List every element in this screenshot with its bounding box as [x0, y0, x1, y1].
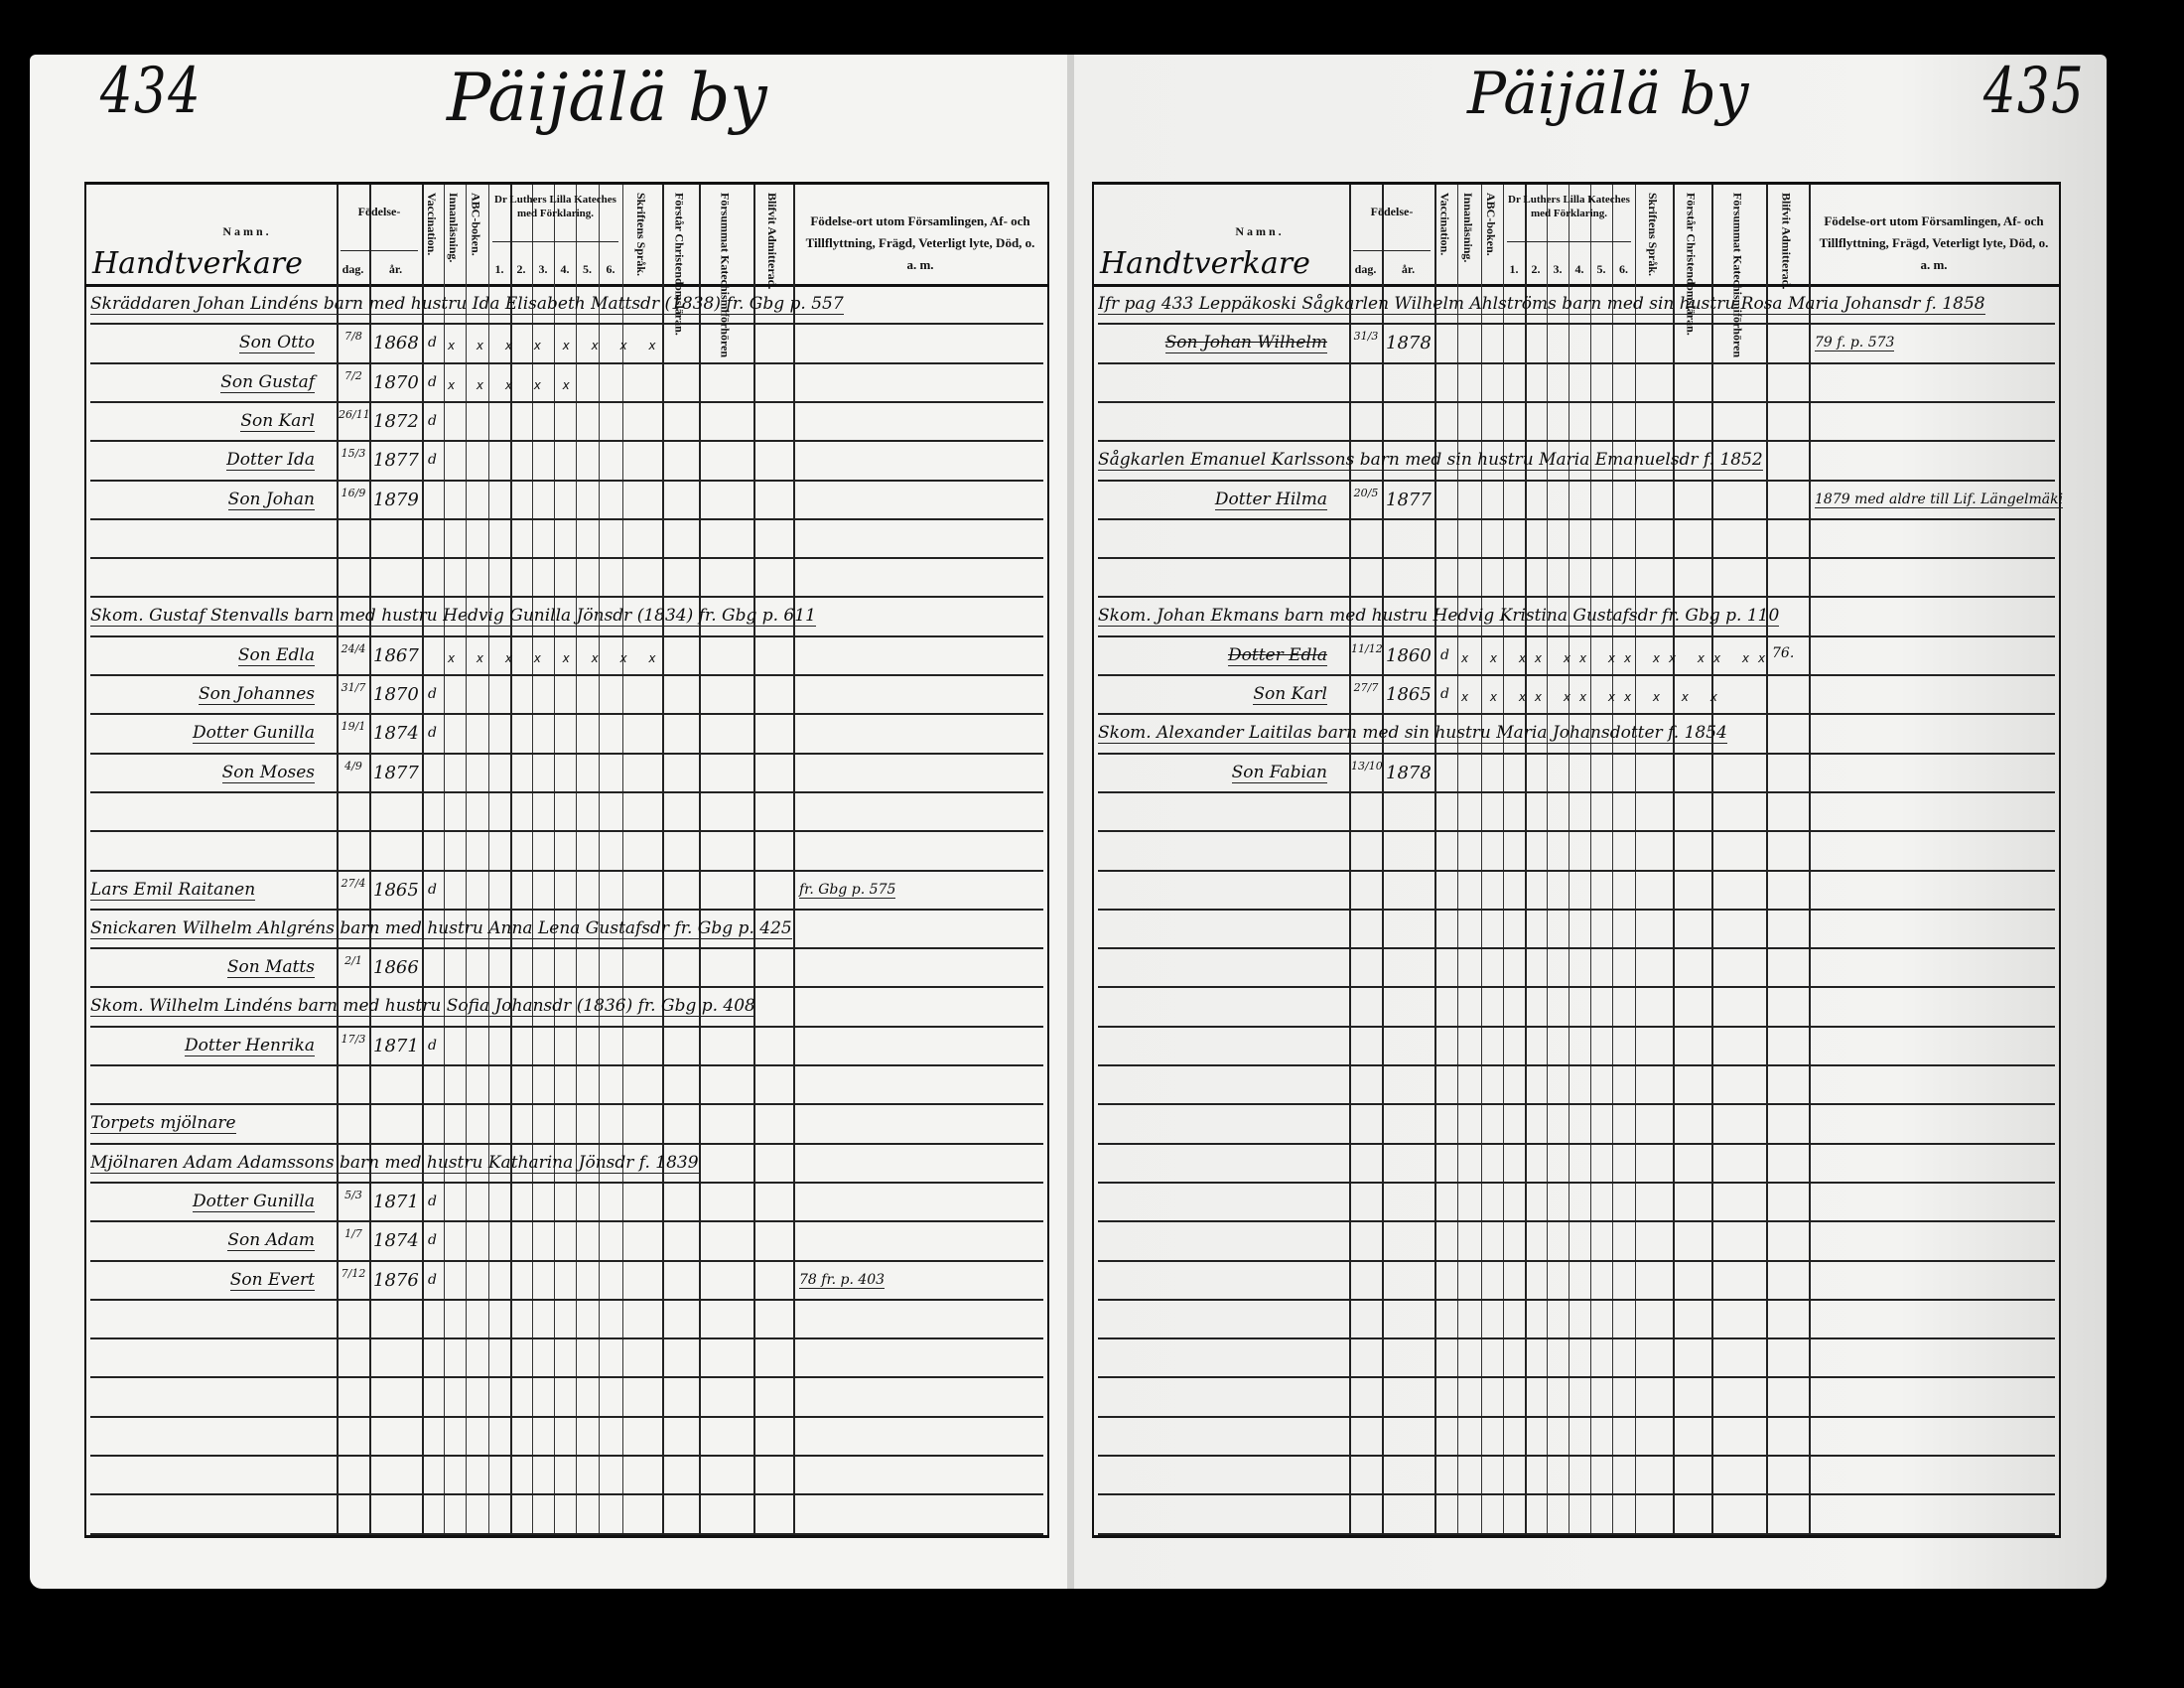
birth-year: 1866 — [373, 957, 419, 978]
birth-year: 1877 — [1386, 490, 1432, 510]
row-rule — [1098, 635, 2055, 637]
row-rule — [90, 1182, 1043, 1184]
birth-day: 4/9 — [339, 761, 368, 772]
vaccination-mark: d — [428, 1038, 437, 1054]
right-page-number: 435 — [1983, 55, 2086, 128]
household-head-entry: Torpets mjölnare — [90, 1113, 236, 1134]
row-rule — [1098, 1376, 2055, 1378]
row-rule — [90, 986, 1043, 988]
column-divider — [1809, 185, 1811, 1535]
row-rule — [90, 1337, 1043, 1339]
household-head-entry: Lars Emil Raitanen — [90, 880, 255, 901]
row-rule — [1098, 986, 2055, 988]
row-rule — [90, 870, 1043, 872]
row-rule — [1098, 674, 2055, 676]
examination-marks: x x xx xx xx xx xx xx — [1461, 651, 1774, 665]
row-rule — [1098, 1533, 2055, 1535]
birth-year: 1870 — [373, 684, 419, 705]
examination-marks: x x xx xx xx x x x — [1461, 690, 1726, 704]
examination-marks: x x x x x — [448, 378, 579, 392]
birth-year: 1871 — [373, 1192, 419, 1212]
column-divider — [1382, 185, 1384, 1535]
row-rule — [90, 791, 1043, 793]
examination-marks: x x x x x x x x — [448, 651, 665, 665]
catechism-part-header: 4. — [1569, 262, 1590, 276]
birth-year: 1860 — [1386, 645, 1432, 666]
header-bottom-rule — [86, 284, 1047, 287]
section-heading: Handtverkare — [92, 246, 303, 281]
person-name: Son Gustaf — [220, 372, 315, 393]
notes-entry: 1879 med aldre till Lif. Längelmäki — [1815, 492, 2063, 508]
innanlasning-column-header: Innanläsning. — [448, 193, 460, 262]
household-head-entry: Snickaren Wilhelm Ahlgréns barn med hust… — [90, 918, 792, 939]
abc-column-header: ABC-boken. — [1485, 193, 1497, 256]
catechism-part-header: 6. — [1612, 262, 1635, 276]
birth-day: 7/8 — [339, 331, 368, 342]
birth-column-header: Födelse- — [337, 205, 422, 218]
row-rule — [90, 1299, 1043, 1301]
vaccination-column-header: Vaccination. — [1439, 193, 1451, 255]
person-name: Son Karl — [240, 411, 315, 432]
left-page-number: 434 — [100, 55, 203, 128]
birth-day: 15/3 — [339, 448, 368, 459]
row-rule — [90, 713, 1043, 715]
row-rule — [1098, 1416, 2055, 1418]
birth-day: 16/9 — [339, 488, 368, 498]
row-rule — [1098, 1493, 2055, 1495]
birth-day-header: dag. — [1349, 262, 1382, 276]
row-rule — [1098, 480, 2055, 482]
catechism-subheader-rule — [492, 241, 618, 242]
row-rule — [1098, 557, 2055, 559]
vaccination-mark: d — [428, 335, 437, 351]
birth-year: 1874 — [373, 1230, 419, 1251]
row-rule — [1098, 830, 2055, 832]
row-rule — [1098, 1182, 2055, 1184]
birth-year: 1872 — [373, 411, 419, 432]
person-name: Dotter Hilma — [1215, 490, 1327, 510]
column-divider — [793, 185, 795, 1535]
row-rule — [90, 1260, 1043, 1262]
column-divider — [422, 185, 424, 1535]
birth-year: 1867 — [373, 645, 419, 666]
vaccination-mark: d — [428, 413, 437, 429]
right-register-table: Namn.HandtverkareFödelse-dag.år.Vaccinat… — [1092, 182, 2061, 1538]
row-rule — [1098, 323, 2055, 325]
household-head-entry: Mjölnaren Adam Adamssons barn med hustru… — [90, 1153, 699, 1174]
vaccination-mark: d — [428, 882, 437, 898]
birth-year: 1876 — [373, 1270, 419, 1291]
column-divider — [1569, 185, 1570, 1535]
row-rule — [1098, 596, 2055, 598]
column-divider — [1349, 185, 1351, 1535]
birth-day: 19/1 — [339, 721, 368, 732]
birth-year: 1865 — [1386, 684, 1432, 705]
birth-subheader-rule — [341, 250, 418, 251]
row-rule — [90, 1064, 1043, 1066]
household-head-entry: Ifr pag 433 Leppäkoski Sågkarlen Wilhelm… — [1098, 294, 1985, 315]
row-rule — [90, 1493, 1043, 1495]
row-rule — [90, 830, 1043, 832]
notes-entry: 78 fr. p. 403 — [799, 1272, 885, 1289]
row-rule — [90, 440, 1043, 442]
birth-day: 31/3 — [1351, 331, 1381, 342]
column-divider — [699, 185, 701, 1535]
person-name: Son Otto — [239, 333, 315, 353]
row-rule — [1098, 909, 2055, 911]
row-rule — [90, 1026, 1043, 1028]
column-divider — [1612, 185, 1613, 1535]
birth-year: 1865 — [373, 880, 419, 901]
name-column-header: Namn. — [188, 224, 307, 238]
catechism-part-header: 1. — [1503, 262, 1525, 276]
skriftens-column-header: Skriftens Språk. — [1647, 193, 1659, 276]
person-name: Dotter Gunilla — [193, 723, 315, 744]
row-rule — [1098, 518, 2055, 520]
column-divider — [599, 185, 600, 1535]
row-rule — [1098, 947, 2055, 949]
birth-year: 1878 — [1386, 763, 1432, 783]
notes-column-header: Födelse-ort utom Församlingen, Af- och T… — [1819, 211, 2049, 276]
vaccination-mark: d — [428, 1272, 437, 1288]
household-head-entry: Skräddaren Johan Lindéns barn med hustru… — [90, 294, 844, 315]
notes-mark: 76. — [1772, 645, 1794, 661]
person-name: Son Johan — [228, 490, 315, 510]
row-rule — [1098, 791, 2055, 793]
catechism-column-header: Dr Luthers Lilla Kateches med Förklaring… — [1503, 193, 1635, 220]
vaccination-column-header: Vaccination. — [426, 193, 438, 255]
birth-column-header: Födelse- — [1349, 205, 1434, 218]
birth-day: 5/3 — [339, 1190, 368, 1200]
row-rule — [90, 635, 1043, 637]
household-head-entry: Skom. Johan Ekmans barn med hustru Hedvi… — [1098, 606, 1779, 627]
birth-day: 11/12 — [1351, 643, 1381, 654]
column-divider — [622, 185, 623, 1535]
birth-day: 7/2 — [339, 370, 368, 381]
catechism-part-header: 2. — [510, 262, 532, 276]
birth-year: 1874 — [373, 723, 419, 744]
row-rule — [90, 909, 1043, 911]
birth-year: 1877 — [373, 450, 419, 471]
column-divider — [1434, 185, 1436, 1535]
column-divider — [1673, 185, 1675, 1535]
catechism-part-header: 2. — [1525, 262, 1547, 276]
birth-year: 1870 — [373, 372, 419, 393]
household-head-entry: Sågkarlen Emanuel Karlssons barn med sin… — [1098, 450, 1763, 471]
name-column-header: Namn. — [1200, 224, 1319, 238]
row-rule — [1098, 753, 2055, 755]
column-divider — [1635, 185, 1636, 1535]
row-rule — [1098, 362, 2055, 364]
row-rule — [90, 1103, 1043, 1105]
birth-day: 31/7 — [339, 682, 368, 693]
column-divider — [337, 185, 339, 1535]
blifvit-column-header: Blifvit Admitterad. — [1781, 193, 1793, 289]
row-rule — [90, 557, 1043, 559]
column-divider — [1525, 185, 1527, 1535]
vaccination-mark: d — [428, 725, 437, 741]
birth-year: 1877 — [373, 763, 419, 783]
birth-day: 2/1 — [339, 955, 368, 966]
row-rule — [1098, 1220, 2055, 1222]
person-name: Dotter Ida — [226, 450, 315, 471]
birth-day: 1/7 — [339, 1228, 368, 1239]
catechism-part-header: 3. — [1547, 262, 1569, 276]
vaccination-mark: d — [428, 1232, 437, 1248]
birth-year-header: år. — [1382, 262, 1434, 276]
person-name: Dotter Edla — [1228, 645, 1327, 666]
left-village-title: Päijälä by — [447, 60, 767, 136]
column-divider — [1590, 185, 1591, 1535]
household-head-entry: Skom. Gustaf Stenvalls barn med hustru H… — [90, 606, 816, 627]
vaccination-mark: d — [428, 374, 437, 390]
household-head-entry: Skom. Wilhelm Lindéns barn med hustru So… — [90, 996, 755, 1017]
column-divider — [1547, 185, 1548, 1535]
row-rule — [90, 518, 1043, 520]
column-divider — [753, 185, 755, 1535]
household-head-entry: Skom. Alexander Laitilas barn med sin hu… — [1098, 723, 1727, 744]
birth-year: 1868 — [373, 333, 419, 353]
person-name: Dotter Henrika — [185, 1036, 315, 1056]
examination-marks: x x x x x x x x — [448, 339, 665, 352]
forsummat-column-header: Försummat Katechismiförhören — [720, 193, 732, 357]
birth-year-header: år. — [369, 262, 422, 276]
notes-entry: fr. Gbg p. 575 — [799, 882, 895, 899]
row-rule — [1098, 440, 2055, 442]
birth-day: 24/4 — [339, 643, 368, 654]
right-village-title: Päijälä by — [1467, 60, 1749, 127]
column-divider — [369, 185, 371, 1535]
birth-subheader-rule — [1353, 250, 1431, 251]
notes-entry: 79 f. p. 573 — [1815, 335, 1894, 352]
row-rule — [1098, 1064, 2055, 1066]
row-rule — [90, 947, 1043, 949]
forsummat-column-header: Försummat Katechismiförhören — [1732, 193, 1744, 357]
row-rule — [90, 1455, 1043, 1457]
catechism-part-header: 6. — [599, 262, 622, 276]
row-rule — [1098, 1143, 2055, 1145]
person-name: Son Edla — [238, 645, 315, 666]
catechism-part-header: 3. — [532, 262, 554, 276]
row-rule — [1098, 713, 2055, 715]
column-divider — [1711, 185, 1713, 1535]
birth-day: 26/11 — [339, 409, 368, 420]
vaccination-mark: d — [1440, 647, 1449, 663]
vaccination-mark: d — [428, 686, 437, 702]
birth-day: 20/5 — [1351, 488, 1381, 498]
book-gutter — [1067, 55, 1074, 1589]
row-rule — [90, 674, 1043, 676]
column-divider — [1457, 185, 1458, 1535]
header-bottom-rule — [1094, 284, 2059, 287]
row-rule — [90, 401, 1043, 403]
catechism-column-header: Dr Luthers Lilla Kateches med Förklaring… — [488, 193, 622, 220]
row-rule — [1098, 1299, 2055, 1301]
row-rule — [90, 1376, 1043, 1378]
row-rule — [90, 362, 1043, 364]
left-register-table: Namn.HandtverkareFödelse-dag.år.Vaccinat… — [84, 182, 1049, 1538]
catechism-part-header: 4. — [554, 262, 576, 276]
vaccination-mark: d — [428, 452, 437, 468]
innanlasning-column-header: Innanläsning. — [1462, 193, 1474, 262]
row-rule — [90, 1416, 1043, 1418]
catechism-part-header: 1. — [488, 262, 510, 276]
birth-year: 1879 — [373, 490, 419, 510]
catechism-subheader-rule — [1507, 241, 1631, 242]
birth-year: 1871 — [373, 1036, 419, 1056]
row-rule — [1098, 401, 2055, 403]
row-rule — [90, 1220, 1043, 1222]
birth-year: 1878 — [1386, 333, 1432, 353]
person-name: Son Adam — [227, 1230, 315, 1251]
birth-day-header: dag. — [337, 262, 369, 276]
person-name: Son Johan Wilhelm — [1165, 333, 1327, 353]
row-rule — [90, 323, 1043, 325]
row-rule — [90, 1533, 1043, 1535]
notes-column-header: Födelse-ort utom Församlingen, Af- och T… — [803, 211, 1037, 276]
column-divider — [1766, 185, 1768, 1535]
catechism-part-header: 5. — [576, 262, 599, 276]
birth-day: 27/7 — [1351, 682, 1381, 693]
row-rule — [90, 1143, 1043, 1145]
vaccination-mark: d — [1440, 686, 1449, 702]
birth-day: 17/3 — [339, 1034, 368, 1045]
person-name: Son Karl — [1253, 684, 1327, 705]
row-rule — [1098, 1455, 2055, 1457]
person-name: Son Matts — [227, 957, 315, 978]
skriftens-column-header: Skriftens Språk. — [635, 193, 647, 276]
row-rule — [1098, 870, 2055, 872]
row-rule — [1098, 1260, 2055, 1262]
person-name: Dotter Gunilla — [193, 1192, 315, 1212]
row-rule — [90, 596, 1043, 598]
row-rule — [90, 480, 1043, 482]
row-rule — [90, 753, 1043, 755]
row-rule — [1098, 1337, 2055, 1339]
blifvit-column-header: Blifvit Admitterad. — [766, 193, 778, 289]
birth-day: 27/4 — [339, 878, 368, 889]
catechism-part-header: 5. — [1590, 262, 1612, 276]
column-divider — [662, 185, 664, 1535]
birth-day: 7/12 — [339, 1268, 368, 1279]
column-divider — [444, 185, 445, 1535]
vaccination-mark: d — [428, 1194, 437, 1209]
row-rule — [1098, 1103, 2055, 1105]
row-rule — [1098, 1026, 2055, 1028]
person-name: Son Fabian — [1232, 763, 1327, 783]
birth-day: 13/10 — [1351, 761, 1381, 772]
person-name: Son Moses — [222, 763, 315, 783]
column-divider — [1481, 185, 1482, 1535]
column-divider — [1503, 185, 1504, 1535]
section-heading: Handtverkare — [1100, 246, 1310, 281]
person-name: Son Johannes — [199, 684, 315, 705]
abc-column-header: ABC-boken. — [471, 193, 482, 256]
person-name: Son Evert — [230, 1270, 315, 1291]
